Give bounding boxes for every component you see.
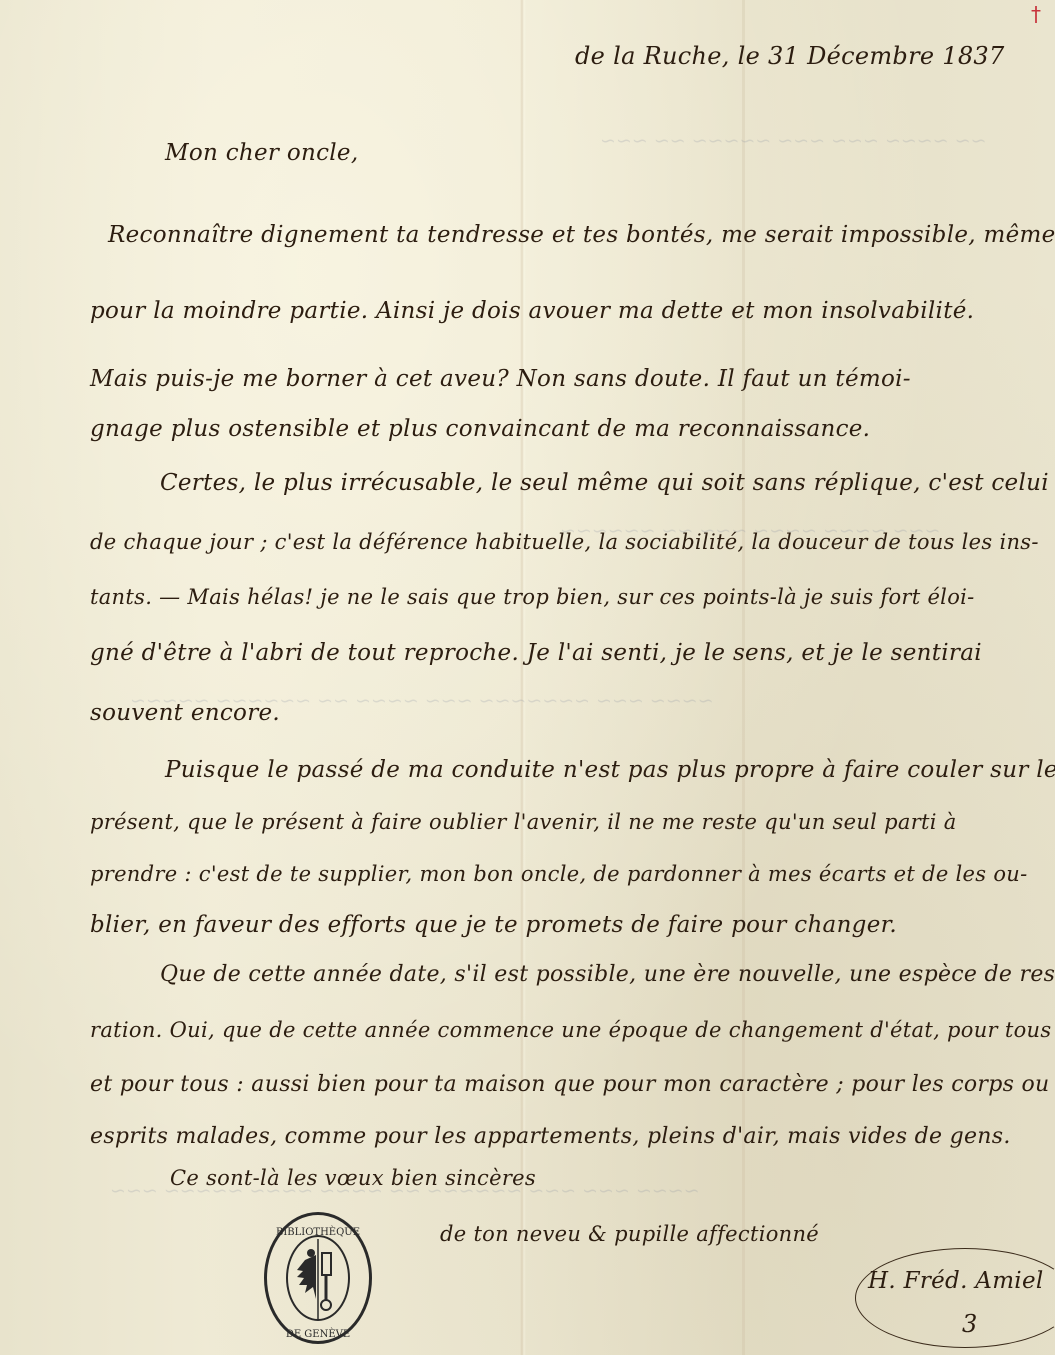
- svg-text:BIBLIOTHÈQUE: BIBLIOTHÈQUE: [276, 1226, 360, 1238]
- eagle-key-emblem-icon: BIBLIOTHÈQUE DE GENÈVE: [267, 1215, 369, 1341]
- paper-fold: [520, 0, 526, 1355]
- text-line: tants. — Mais hélas! je ne le sais que t…: [90, 585, 975, 609]
- margin-mark: †: [1031, 2, 1041, 26]
- text-line: Ce sont-là les vœux bien sincères: [170, 1166, 536, 1190]
- text-line: présent, que le présent à faire oublier …: [90, 810, 957, 834]
- closing: de ton neveu & pupille affectionné: [440, 1222, 819, 1246]
- text-line: souvent encore.: [90, 700, 280, 726]
- text-line: Que de cette année date, s'il est possib…: [160, 962, 1055, 987]
- text-line: de chaque jour ; c'est la déférence habi…: [90, 530, 1039, 554]
- text-line: esprits malades, comme pour les appartem…: [90, 1124, 1011, 1149]
- salutation: Mon cher oncle,: [165, 140, 358, 166]
- signature-flourish: [855, 1248, 1055, 1348]
- place-date: de la Ruche, le 31 Décembre 1837: [575, 42, 1005, 70]
- text-line: Certes, le plus irrécusable, le seul mêm…: [160, 470, 1049, 496]
- library-stamp: BIBLIOTHÈQUE DE GENÈVE: [264, 1212, 372, 1344]
- text-line: gnage plus ostensible et plus convaincan…: [90, 416, 870, 442]
- text-line: prendre : c'est de te supplier, mon bon …: [90, 862, 1028, 886]
- text-line: ration. Oui, que de cette année commence…: [90, 1018, 1051, 1042]
- text-line: blier, en faveur des efforts que je te p…: [90, 912, 897, 938]
- text-line: Reconnaître dignement ta tendresse et te…: [108, 222, 1055, 248]
- text-line: Puisque le passé de ma conduite n'est pa…: [165, 757, 1055, 783]
- paper-crease: [742, 0, 745, 1355]
- signature: H. Fréd. Amiel: [868, 1268, 1044, 1294]
- text-line: et pour tous : aussi bien pour ta maison…: [90, 1072, 1050, 1097]
- text-line: Mais puis-je me borner à cet aveu? Non s…: [90, 366, 911, 392]
- text-line: gné d'être à l'abri de tout reproche. Je…: [90, 640, 982, 666]
- svg-text:DE GENÈVE: DE GENÈVE: [286, 1328, 350, 1340]
- letter-page: ~~ ~~~~ ~~~ ~~~ ~~~~~ ~~ ~~~ ~~~ ~~~~ ~~…: [0, 0, 1055, 1355]
- text-line: pour la moindre partie. Ainsi je dois av…: [90, 298, 974, 324]
- folio-number: 3: [962, 1310, 977, 1338]
- bleed-through-text: ~~ ~~~~ ~~~ ~~~ ~~~~~ ~~ ~~~: [600, 130, 986, 152]
